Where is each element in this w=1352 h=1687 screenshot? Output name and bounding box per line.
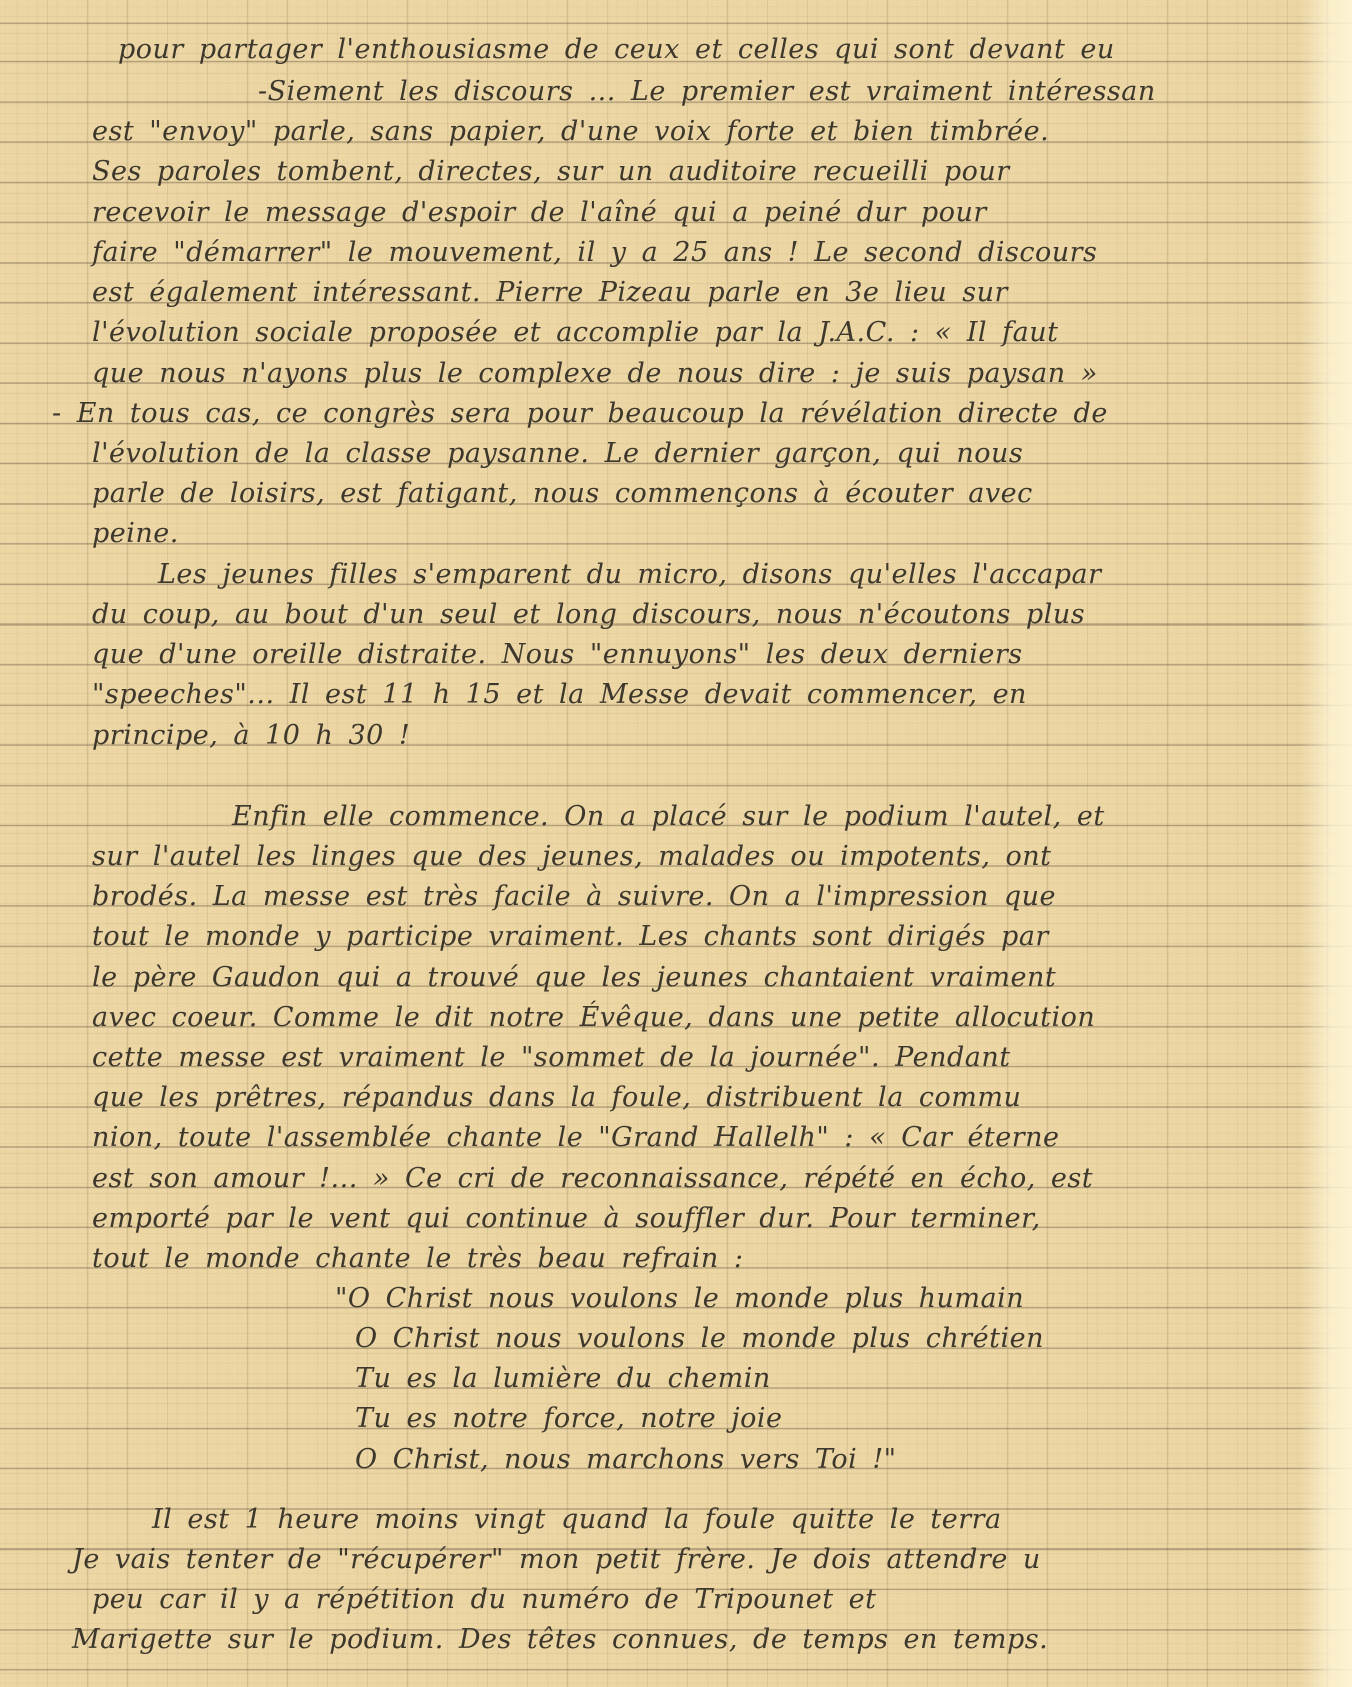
text-line: du coup, au bout d'un seul et long disco… (92, 595, 1085, 635)
text-line: avec coeur. Comme le dit notre Évêque, d… (92, 998, 1095, 1038)
text-line: parle de loisirs, est fatigant, nous com… (92, 474, 1033, 514)
text-line: -Siement les discours ... Le premier est… (258, 72, 1156, 112)
text-line: peu car il y a répétition du numéro de T… (92, 1580, 876, 1620)
text-line: emporté par le vent qui continue à souff… (92, 1199, 1041, 1239)
text-line: pour partager l'enthousiasme de ceux et … (118, 30, 1115, 70)
text-line: peine. (92, 514, 179, 554)
text-line: tout le monde y participe vraiment. Les … (92, 917, 1049, 957)
song-line: O Christ, nous marchons vers Toi !" (355, 1440, 897, 1480)
text-line: est également intéressant. Pierre Pizeau… (92, 273, 1008, 313)
text-line: faire "démarrer" le mouvement, il y a 25… (92, 233, 1097, 273)
text-line: l'évolution de la classe paysanne. Le de… (92, 434, 1023, 474)
song-line: Tu es la lumière du chemin (355, 1359, 771, 1399)
text-line: que les prêtres, répandus dans la foule,… (92, 1078, 1021, 1118)
text-line: recevoir le message d'espoir de l'aîné q… (92, 193, 987, 233)
text-line: principe, à 10 h 30 ! (92, 716, 410, 756)
text-line: brodés. La messe est très facile à suivr… (92, 877, 1056, 917)
text-line: est "envoy" parle, sans papier, d'une vo… (92, 112, 1049, 152)
text-line: "speeches"... Il est 11 h 15 et la Messe… (92, 675, 1027, 715)
text-line: nion, toute l'assemblée chante le "Grand… (92, 1118, 1060, 1158)
text-line: que nous n'ayons plus le complexe de nou… (92, 354, 1098, 394)
text-line: le père Gaudon qui a trouvé que les jeun… (92, 958, 1056, 998)
text-line: l'évolution sociale proposée et accompli… (92, 313, 1058, 353)
text-line: Les jeunes filles s'emparent du micro, d… (158, 555, 1102, 595)
song-line: "O Christ nous voulons le monde plus hum… (335, 1279, 1024, 1319)
text-line: Marigette sur le podium. Des têtes connu… (72, 1620, 1048, 1660)
text-line: Enfin elle commence. On a placé sur le p… (232, 797, 1105, 837)
text-line: cette messe est vraiment le "sommet de l… (92, 1038, 1011, 1078)
text-line: Il est 1 heure moins vingt quand la foul… (152, 1500, 1002, 1540)
song-line: O Christ nous voulons le monde plus chré… (355, 1319, 1044, 1359)
text-line: tout le monde chante le très beau refrai… (92, 1239, 743, 1279)
text-line: Ses paroles tombent, directes, sur un au… (92, 152, 1010, 192)
text-line: est son amour !... » Ce cri de reconnais… (92, 1159, 1093, 1199)
text-line: sur l'autel les linges que des jeunes, m… (92, 837, 1052, 877)
text-line: Je vais tenter de "récupérer" mon petit … (72, 1540, 1041, 1580)
text-line: - En tous cas, ce congrès sera pour beau… (52, 394, 1108, 434)
text-line: que d'une oreille distraite. Nous "ennuy… (92, 635, 1023, 675)
song-line: Tu es notre force, notre joie (355, 1399, 782, 1439)
